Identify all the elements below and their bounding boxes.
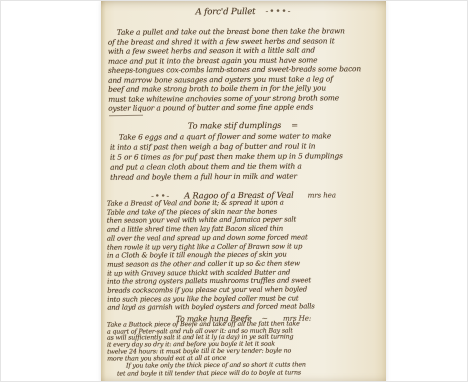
recipe-body-hung-beefe: Take a Buttock piece of Beefe and take o… bbox=[107, 321, 300, 362]
recipe-title-text: To make stif dumplings bbox=[188, 120, 281, 131]
manuscript-photo: A forc'd Pullet -•••- Take a pullet and … bbox=[0, 0, 468, 382]
recipe-body-stif-dumplings: Take 6 eggs and a quart of flower and so… bbox=[110, 131, 343, 182]
recipe-body-forced-pullet: Take a pullet and take out the breast bo… bbox=[108, 26, 361, 113]
manuscript-line: it 5 or 6 times as for puf past then mak… bbox=[110, 151, 343, 162]
recipe-body-ragoo-veal: Take a Breast of Veal and bone it; & spr… bbox=[107, 198, 315, 312]
manuscript-line: oyster liquor a pound of butter and some… bbox=[108, 103, 361, 114]
recipe-title-stif-dumplings: To make stif dumplings = bbox=[101, 119, 386, 131]
manuscript-line: Take a Breast of Veal and bone it; & spr… bbox=[107, 198, 314, 208]
flourish-mark: = bbox=[291, 120, 299, 130]
manuscript-line: tet and boyle it till tender that piece … bbox=[117, 369, 306, 378]
ink-underline-flourish bbox=[109, 112, 143, 117]
manuscript-page: A forc'd Pullet -•••- Take a pullet and … bbox=[101, 1, 386, 382]
recipe-closing-note: If you take only the thick piece of and … bbox=[117, 361, 306, 377]
recipe-title-forced-pullet: A forc'd Pullet -•••- bbox=[101, 6, 386, 18]
flourish-mark: -•••- bbox=[265, 7, 291, 17]
manuscript-line: thread and boyle them a full hour in mil… bbox=[110, 171, 343, 182]
recipe-title-text: A forc'd Pullet bbox=[196, 7, 256, 17]
manuscript-line: and layd as garnish with boyled oysters … bbox=[107, 303, 314, 313]
